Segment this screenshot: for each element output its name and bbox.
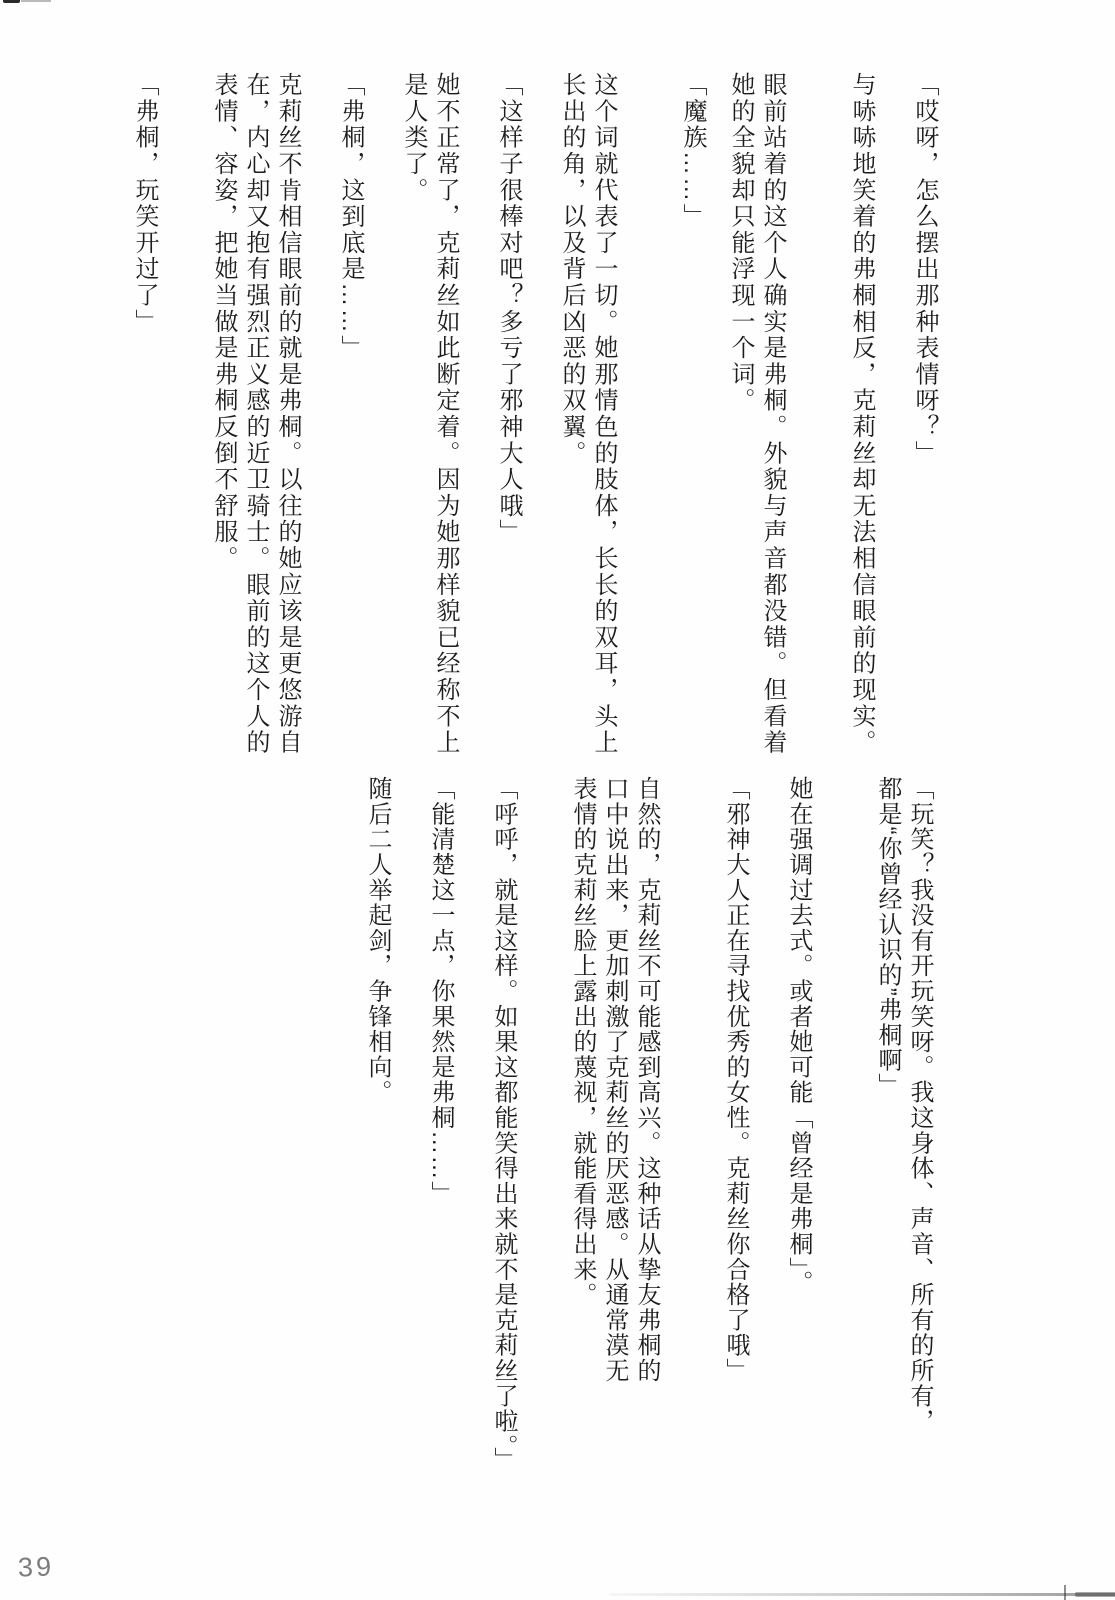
narration-line: 自然的，克莉丝不可能感到高兴。这种话从挚友弗桐的 口中说出来，更加刺激了克莉丝的… xyxy=(566,776,662,1500)
narration-line: 随后二人举起剑，争锋相向。 xyxy=(361,776,393,1500)
dialogue-line: 「呼呼，就是这样。如果这都能笑得出来就不是克莉丝了啦。」 xyxy=(487,776,519,1500)
narration-line: 她在强调过去式。或者她可能「曾经是弗桐」。 xyxy=(782,776,814,1500)
scan-mark-bottom-tick xyxy=(1064,1585,1066,1600)
narration-line: 眼前站着的这个人确实是弗桐。外貌与声音都没错。但看着 她的全貌却只能浮现一个词。 xyxy=(724,72,788,778)
dialogue-line: 「哎呀，怎么摆出那种表情呀？」 xyxy=(908,72,940,778)
scan-shadow-bottom-right xyxy=(1075,1592,1115,1597)
dialogue-line: 「邪神大人正在寻找优秀的女性。克莉丝你合格了哦」 xyxy=(719,776,751,1500)
dialogue-line: 「这样子很棒对吧？多亏了邪神大人哦」 xyxy=(492,72,524,778)
narration-line: 她不正常了，克莉丝如此断定着。因为她那样貌已经称不上 是人类了。 xyxy=(397,72,461,778)
dialogue-line: 「魔族……」 xyxy=(676,72,708,778)
dialogue-line: 「玩笑？我没有开玩笑呀。我这身体、声音、所有的所有， 都是“你曾经认识的”弗桐啊… xyxy=(871,776,935,1500)
narration-line: 这个词就代表了一切。她那情色的肢体，长长的双耳，头上 长出的角，以及背后凶恶的双… xyxy=(555,72,619,778)
narration-line: 与哧哧地笑着的弗桐相反，克莉丝却无法相信眼前的现实。 xyxy=(845,72,877,778)
page-number: 39 xyxy=(17,1551,54,1583)
dialogue-line: 「能清楚这一点，你果然是弗桐……」 xyxy=(424,776,456,1500)
scan-shadow-bottom-edge xyxy=(610,1593,1115,1596)
narration-line: 克莉丝不肯相信眼前的就是弗桐。以往的她应该是更悠游自 在，内心却又抱有强烈正义感… xyxy=(207,72,303,778)
dialogue-line: 「弗桐，这到底是……」 xyxy=(334,72,366,778)
scan-smudge-top-left-icon xyxy=(3,0,20,3)
text-block-lower: 「玩笑？我没有开玩笑呀。我这身体、声音、所有的所有， 都是“你曾经认识的”弗桐啊… xyxy=(361,776,935,1500)
text-block-upper: 「哎呀，怎么摆出那种表情呀？」 与哧哧地笑着的弗桐相反，克莉丝却无法相信眼前的现… xyxy=(128,72,940,778)
scan-smudge-top-left-faint xyxy=(21,0,51,2)
scanned-novel-page: 「哎呀，怎么摆出那种表情呀？」 与哧哧地笑着的弗桐相反，克莉丝却无法相信眼前的现… xyxy=(0,0,1115,1600)
dialogue-line: 「弗桐，玩笑开过了」 xyxy=(128,72,160,778)
